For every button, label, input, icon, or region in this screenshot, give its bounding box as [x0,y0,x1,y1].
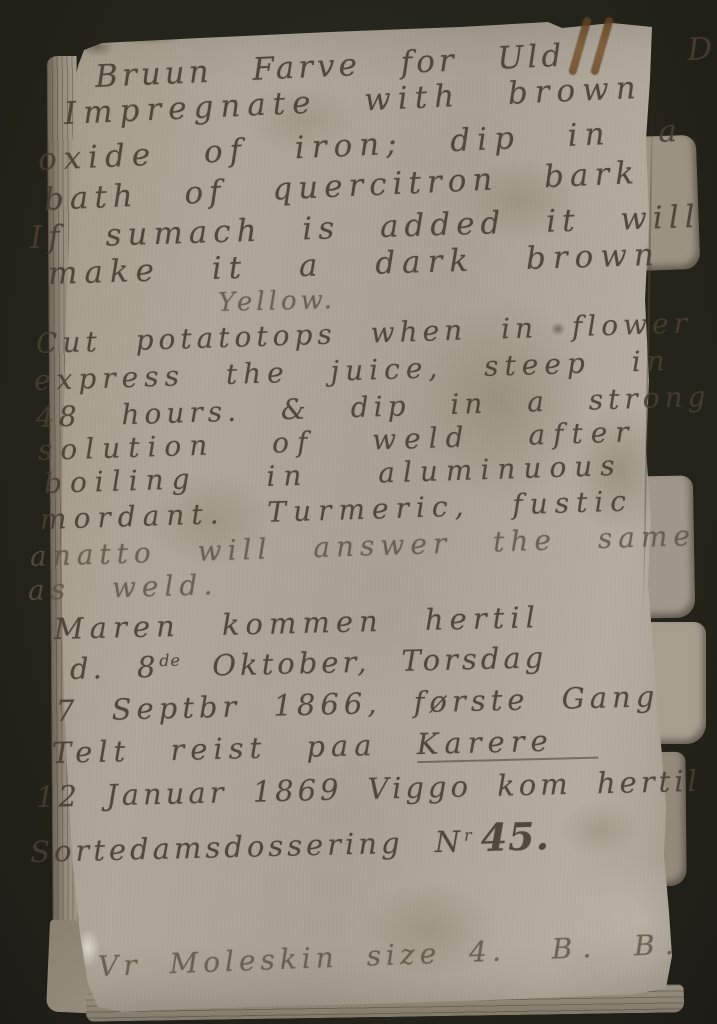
date-ordinal-superscript: de [159,651,181,671]
address-superscript: r [464,826,473,845]
yellow-section-heading: Yellow. [218,285,337,318]
title-part2: Drab [687,28,717,68]
bottom-note-line: Vr Moleskin size 4.B. B. [97,928,684,983]
note-date-line: d. 8de Oktober, Torsdag [70,640,548,686]
date-rest: Oktober, Torsdag [181,640,548,683]
note-first-time: 7 Septbr 1866, første Gang [56,679,660,728]
note-viggo-line: 12 Januar 1869 Viggo kom hertil [36,764,702,814]
tent-prefix: Telt reist paa [52,727,418,770]
note-address-line: Sortedamsdossering Nr45. [29,813,550,871]
handwritten-text-layer: Bruun Farve for Uld ∕∕ Drab Impregnate w… [0,0,717,1024]
bottom-note-text: Vr Moleskin size 4. [97,934,506,983]
note-maren-arrival: Maren kommen hertil [54,600,542,646]
tent-place-underlined: Karere [416,723,598,763]
date-prefix: d. 8 [70,650,160,686]
address-prefix: Sortedamsdossering N [30,824,465,869]
manuscript-photograph: Bruun Farve for Uld ∕∕ Drab Impregnate w… [0,0,717,1024]
bottom-note-initials: B. B. [551,928,684,966]
yellow-recipe-line-8: as weld. [27,568,218,607]
address-number: 45. [480,813,550,860]
note-tent-line: Telt reist paa Karere [52,723,599,770]
